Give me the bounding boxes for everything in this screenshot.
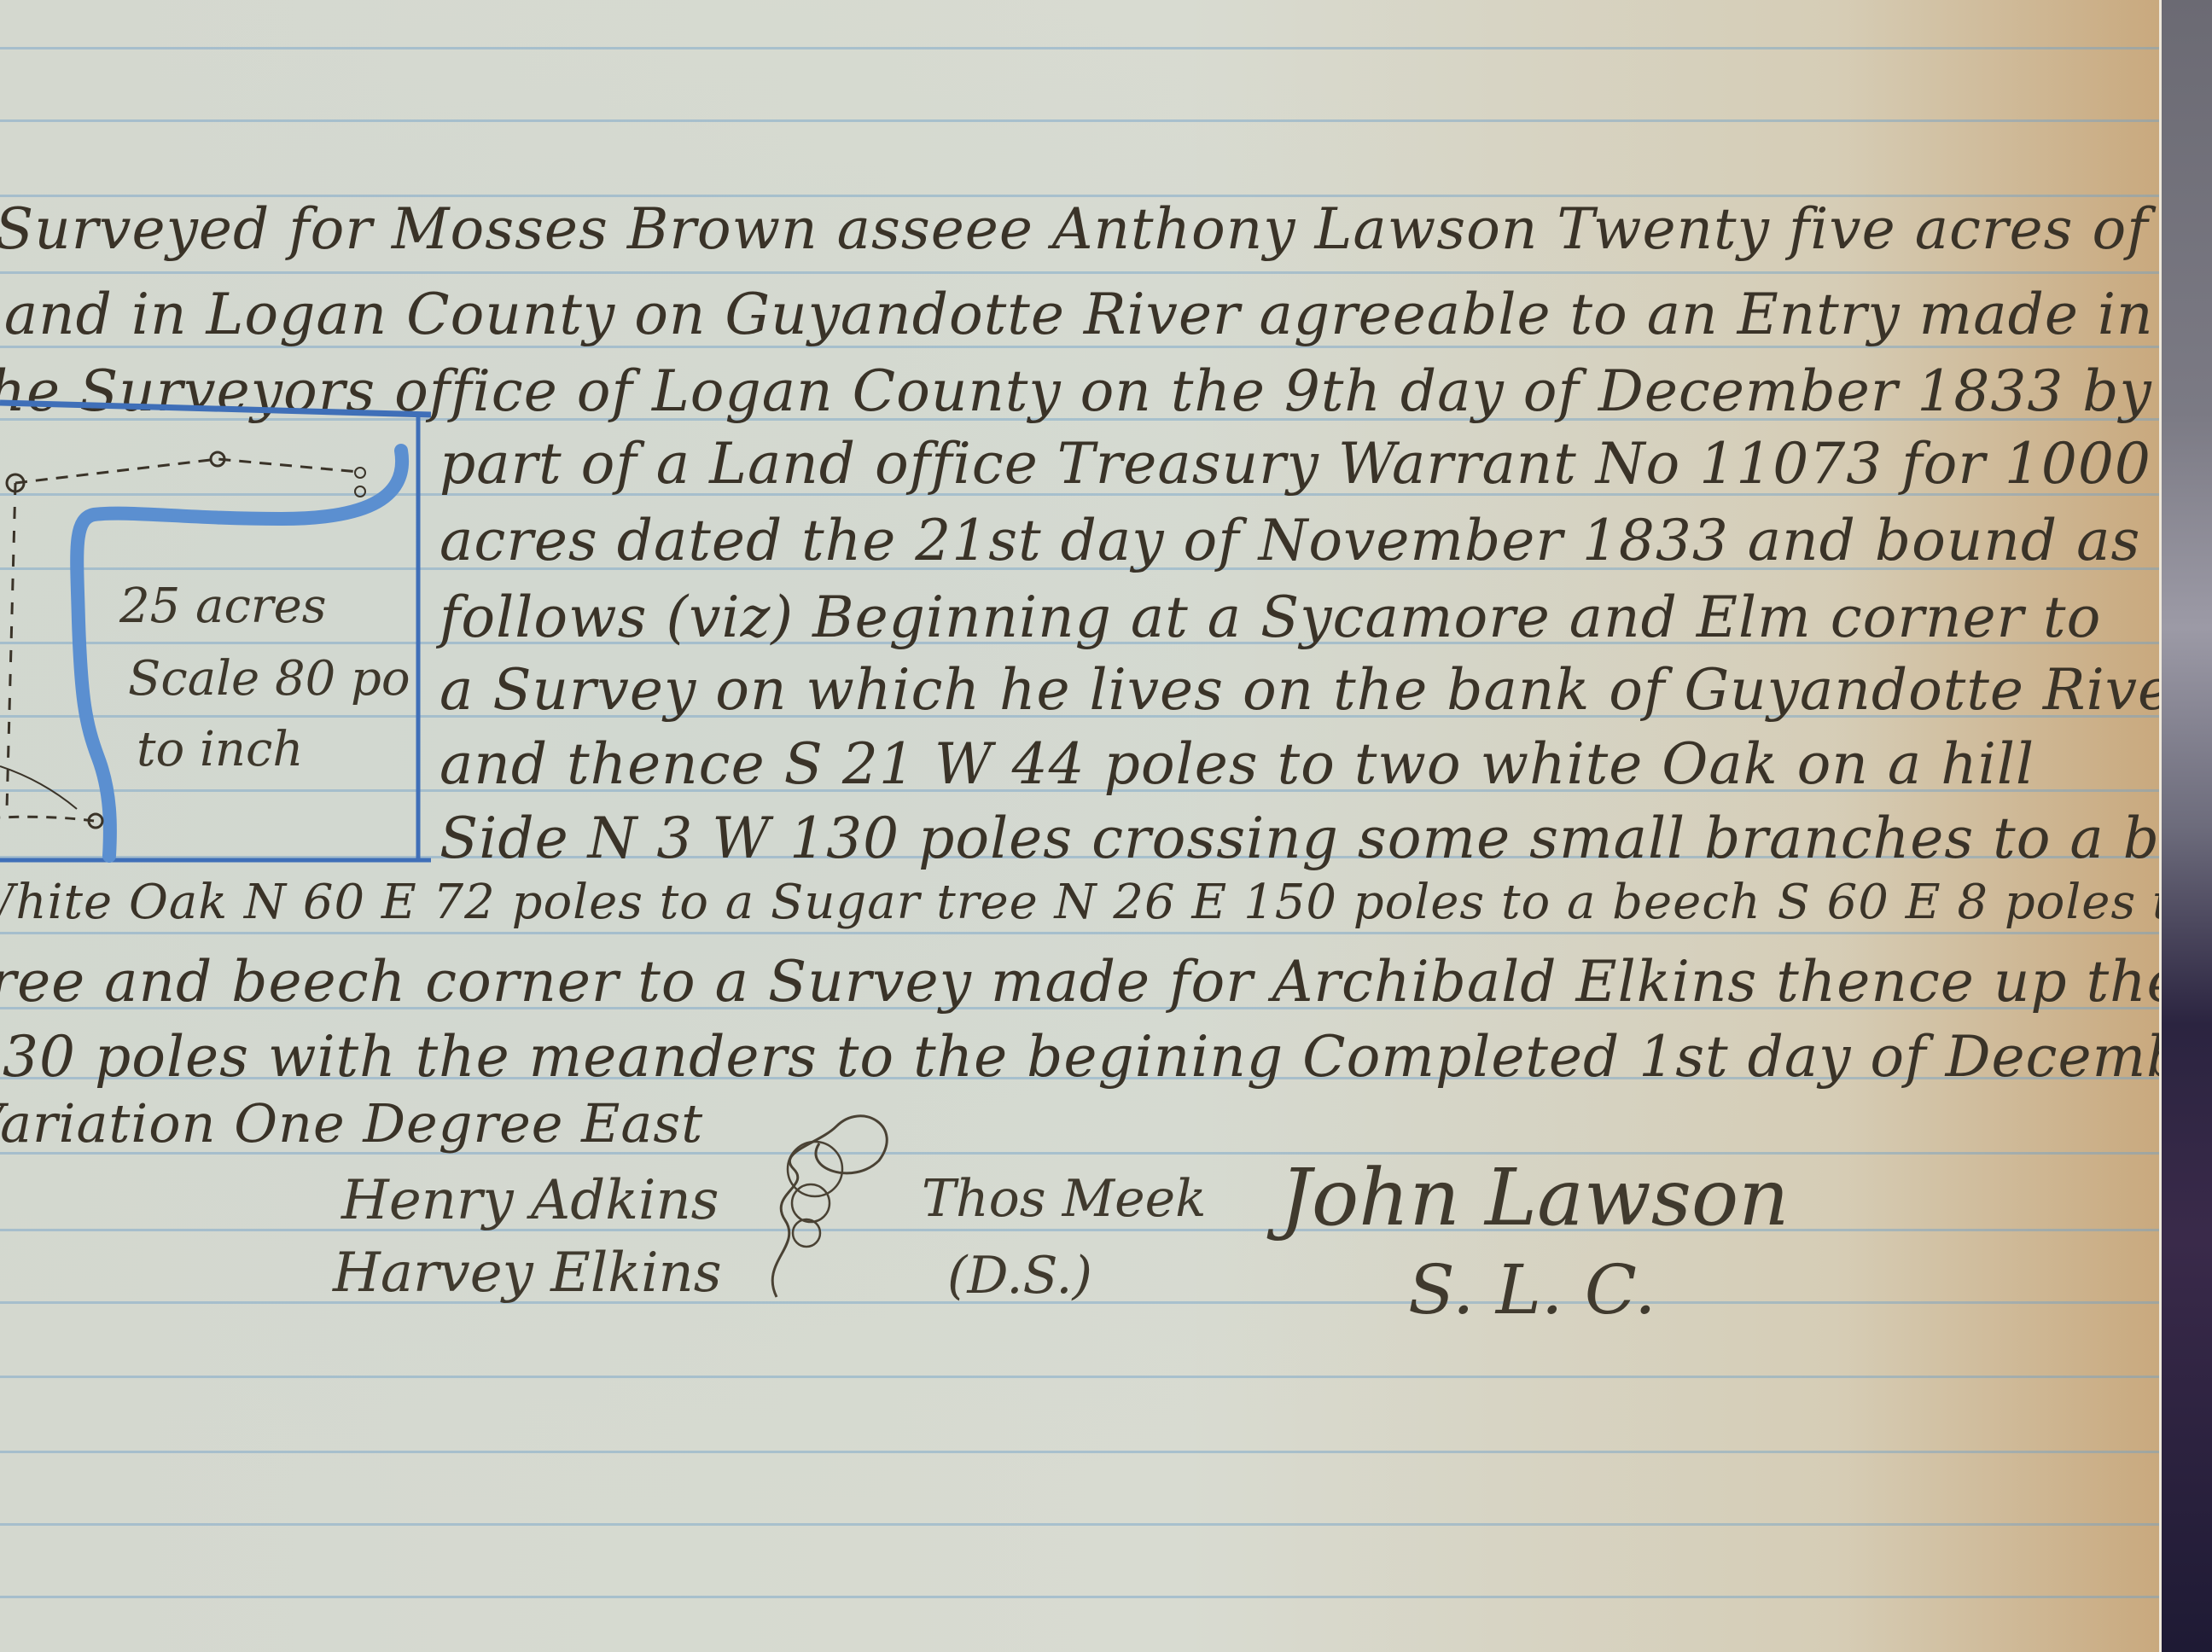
text-line-12: 130 poles with the meanders to the begin…	[0, 1024, 2159, 1090]
ruled-line	[0, 1229, 2159, 1231]
text-line-9: Side N 3 W 130 poles crossing some small…	[439, 806, 2159, 871]
surveyor-signature: John Lawson	[1280, 1152, 1790, 1243]
plat-acreage: 25 acres	[119, 579, 326, 634]
surveyor-title: S. L. C.	[1408, 1250, 1656, 1329]
survey-plat: 25 acres Scale 80 po to inch	[0, 399, 431, 864]
text-line-5: acres dated the 21st day of November 183…	[439, 508, 2140, 573]
plat-scale: Scale 80 po	[128, 651, 410, 707]
chain-carrier-2: Harvey Elkins	[333, 1242, 722, 1305]
text-line-2: Land in Logan County on Guyandotte River…	[0, 282, 2153, 347]
deputy-mark: (D.S.)	[947, 1246, 1092, 1306]
ruled-line	[0, 1376, 2159, 1378]
text-line-4: part of a Land office Treasury Warrant N…	[439, 431, 2151, 497]
text-line-11: tree and beech corner to a Survey made f…	[0, 949, 2159, 1015]
plat-scale-unit: to inch	[137, 722, 303, 777]
ruled-line	[0, 1596, 2159, 1598]
text-line-6: follows (viz) Beginning at a Sycamore an…	[439, 585, 2101, 650]
chain-carrier-1: Henry Adkins	[341, 1169, 719, 1232]
flourish-bracket-icon	[751, 1092, 922, 1314]
text-line-1: Surveyed for Mosses Brown asseee Anthony…	[0, 196, 2149, 262]
ledger-page: Surveyed for Mosses Brown asseee Anthony…	[0, 0, 2159, 1652]
text-line-13: Variation One Degree East	[0, 1092, 703, 1155]
book-binding	[2159, 0, 2212, 1652]
text-line-10: White Oak N 60 E 72 poles to a Sugar tre…	[0, 875, 2159, 930]
text-line-7: a Survey on which he lives on the bank o…	[439, 657, 2159, 723]
ruled-line	[0, 1451, 2159, 1453]
ruled-line	[0, 119, 2159, 122]
ruled-line	[0, 47, 2159, 49]
ruled-line	[0, 1523, 2159, 1526]
deputy-signature: Thos Meek	[922, 1169, 1206, 1229]
text-line-8: and thence S 21 W 44 poles to two white …	[439, 731, 2034, 797]
ruled-line	[0, 932, 2159, 934]
ruled-line	[0, 271, 2159, 274]
